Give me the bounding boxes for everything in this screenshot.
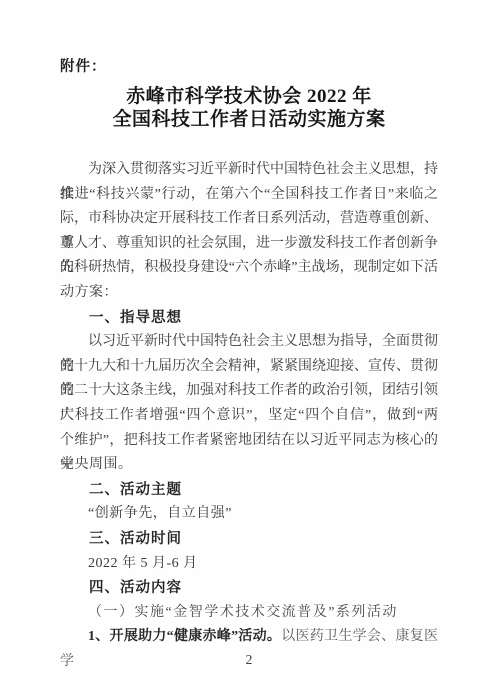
doc-line-segment: 1、开展助力“健康赤峰”活动。 xyxy=(88,629,281,644)
item-healthy-chifeng: 1、开展助力“健康赤峰”活动。以医药卫生学会、康复医学 xyxy=(60,625,438,650)
doc-line: 的二十大这条主线，加强对科技工作者的政治引领，团结引领广 xyxy=(60,379,438,404)
doc-line: 2022 年 5 月-6 月 xyxy=(60,552,438,577)
document-title: 赤峰市科学技术协会 2022 年 全国科技工作者日活动实施方案 xyxy=(60,85,438,131)
title-line-1: 赤峰市科学技术协会 2022 年 xyxy=(60,85,438,108)
doc-line: 际，市科协决定开展科技工作者日系列活动，营造尊重创新、尊 xyxy=(60,207,438,232)
doc-line: 的十九大和十九届历次全会精神，紧紧围绕迎接、宣传、贯彻党 xyxy=(60,355,438,380)
doc-line: 重人才、尊重知识的社会氛围，进一步激发科技工作者创新争先 xyxy=(60,232,438,257)
doc-line: 大科技工作者增强“四个意识”，坚定“四个自信”，做到“两 xyxy=(60,404,438,429)
subheading-series-activity: （一）实施“金智学术技术交流普及”系列活动 xyxy=(60,601,438,626)
document-content: 附件： 赤峰市科学技术协会 2022 年 全国科技工作者日活动实施方案 为深入贯… xyxy=(60,57,438,669)
doc-line: 动方案： xyxy=(60,281,438,306)
document-page: 附件： 赤峰市科学技术协会 2022 年 全国科技工作者日活动实施方案 为深入贯… xyxy=(0,0,495,700)
doc-line: “创新争先，自立自强” xyxy=(60,502,438,527)
doc-line: 以习近平新时代中国特色社会主义思想为指导，全面贯彻党 xyxy=(60,330,438,355)
body-lines: 为深入贯彻落实习近平新时代中国特色社会主义思想，持续推进“科技兴蒙”行动，在第六… xyxy=(60,158,438,650)
heading-activity-time: 三、活动时间 xyxy=(60,527,438,552)
doc-line: 为深入贯彻落实习近平新时代中国特色社会主义思想，持续 xyxy=(60,158,438,183)
title-line-2: 全国科技工作者日活动实施方案 xyxy=(60,108,438,131)
doc-line: 推进“科技兴蒙”行动，在第六个“全国科技工作者日”来临之 xyxy=(60,183,438,208)
doc-line: 中央周围。 xyxy=(60,453,438,478)
heading-activity-theme: 二、活动主题 xyxy=(60,478,438,503)
heading-guiding-ideology: 一、指导思想 xyxy=(60,306,438,331)
doc-line: 个维护”，把科技工作者紧密地团结在以习近平同志为核心的党 xyxy=(60,429,438,454)
attachment-label: 附件： xyxy=(60,57,438,78)
heading-activity-content: 四、活动内容 xyxy=(60,576,438,601)
page-number: 2 xyxy=(60,651,438,669)
doc-line: 的科研热情，积极投身建设“六个赤峰”主战场，现制定如下活 xyxy=(60,256,438,281)
